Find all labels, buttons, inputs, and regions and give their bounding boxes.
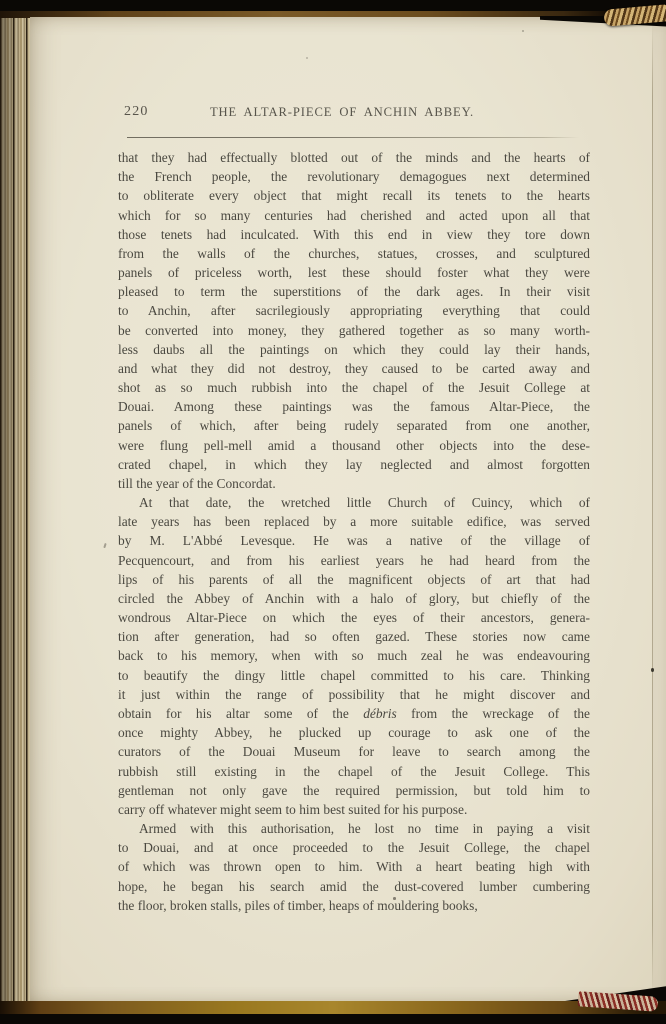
- text-line: shot as so much rubbish into the chapel …: [118, 378, 590, 397]
- text-line: carry off whatever might seem to him bes…: [118, 800, 590, 819]
- text-line: till the year of the Concordat.: [118, 474, 590, 493]
- text-line: that they had effectually blotted out of…: [118, 148, 590, 167]
- page-text: that they had effectually blotted out of…: [118, 148, 590, 915]
- dust-speck: [306, 57, 308, 59]
- text-line: be converted into money, they gathered t…: [118, 321, 590, 340]
- text-line: were flung pell-mell amid a thousand oth…: [118, 436, 590, 455]
- dust-speck: [393, 897, 396, 900]
- dust-speck: [522, 30, 524, 32]
- text-line: curators of the Douai Museum for leave t…: [118, 742, 590, 761]
- text-line: from the walls of the churches, statues,…: [118, 244, 590, 263]
- text-line: to beautify the dingy little chapel comm…: [118, 666, 590, 685]
- cover-bottom-edge: [0, 1001, 666, 1014]
- text-line: pleased to term the superstitions of the…: [118, 282, 590, 301]
- text-line: panels of which, after being rudely sepa…: [118, 416, 590, 435]
- header-rule: [127, 137, 579, 138]
- text-line: once mighty Abbey, he plucked up courage…: [118, 723, 590, 742]
- text-line: obtain for his altar some of the débris …: [118, 704, 590, 723]
- text-line: hope, he began his search amid the dust-…: [118, 877, 590, 896]
- text-line: to Douai, and at once proceeded to the J…: [118, 838, 590, 857]
- text-line: tion after generation, had so often gaze…: [118, 627, 590, 646]
- dust-speck: [651, 668, 654, 672]
- text-line: Douai. Among these paintings was the fam…: [118, 397, 590, 416]
- text-line: rubbish still existing in the chapel of …: [118, 762, 590, 781]
- text-line: the floor, broken stalls, piles of timbe…: [118, 896, 590, 915]
- text-line: of which was thrown open to him. With a …: [118, 857, 590, 876]
- text-line: crated chapel, in which they lay neglect…: [118, 455, 590, 474]
- text-line: by M. L'Abbé Levesque. He was a native o…: [118, 531, 590, 550]
- stacked-page-edges: [0, 13, 31, 1009]
- text-line: At that date, the wretched little Church…: [118, 493, 590, 512]
- text-line: which for so many centuries had cherishe…: [118, 206, 590, 225]
- text-line: circled the Abbey of Anchin with a halo …: [118, 589, 590, 608]
- text-line: panels of priceless worth, lest these sh…: [118, 263, 590, 282]
- running-header: 220 THE ALTAR-PIECE OF ANCHIN ABBEY.: [118, 103, 590, 123]
- text-line: to obliterate every object that might re…: [118, 186, 590, 205]
- page-right-edge: [652, 17, 653, 1002]
- text-line: late years has been replaced by a more s…: [118, 512, 590, 531]
- text-line: it just within the range of possibility …: [118, 685, 590, 704]
- text-line: lips of his parents of all the magnifice…: [118, 570, 590, 589]
- text-line: and what they did not destroy, they caus…: [118, 359, 590, 378]
- text-line: Pecquencourt, and from his earliest year…: [118, 551, 590, 570]
- text-line: Armed with this authorisation, he lost n…: [118, 819, 590, 838]
- page-right-edge-shade: [653, 17, 666, 1002]
- text-line: to Anchin, after sacrilegiously appropri…: [118, 301, 590, 320]
- text-line: gentleman not only gave the required per…: [118, 781, 590, 800]
- text-line: wondrous Altar-Piece on which the eyes o…: [118, 608, 590, 627]
- text-line: less daubs all the paintings on which th…: [118, 340, 590, 359]
- text-line: those tenets had inculcated. With this e…: [118, 225, 590, 244]
- running-title: THE ALTAR-PIECE OF ANCHIN ABBEY.: [118, 105, 566, 120]
- text-line: the French people, the revolutionary dem…: [118, 167, 590, 186]
- book-page: 220 THE ALTAR-PIECE OF ANCHIN ABBEY. tha…: [30, 17, 666, 1002]
- text-line: back to his memory, when with so much ze…: [118, 646, 590, 665]
- book-scan: 220 THE ALTAR-PIECE OF ANCHIN ABBEY. tha…: [0, 0, 666, 1024]
